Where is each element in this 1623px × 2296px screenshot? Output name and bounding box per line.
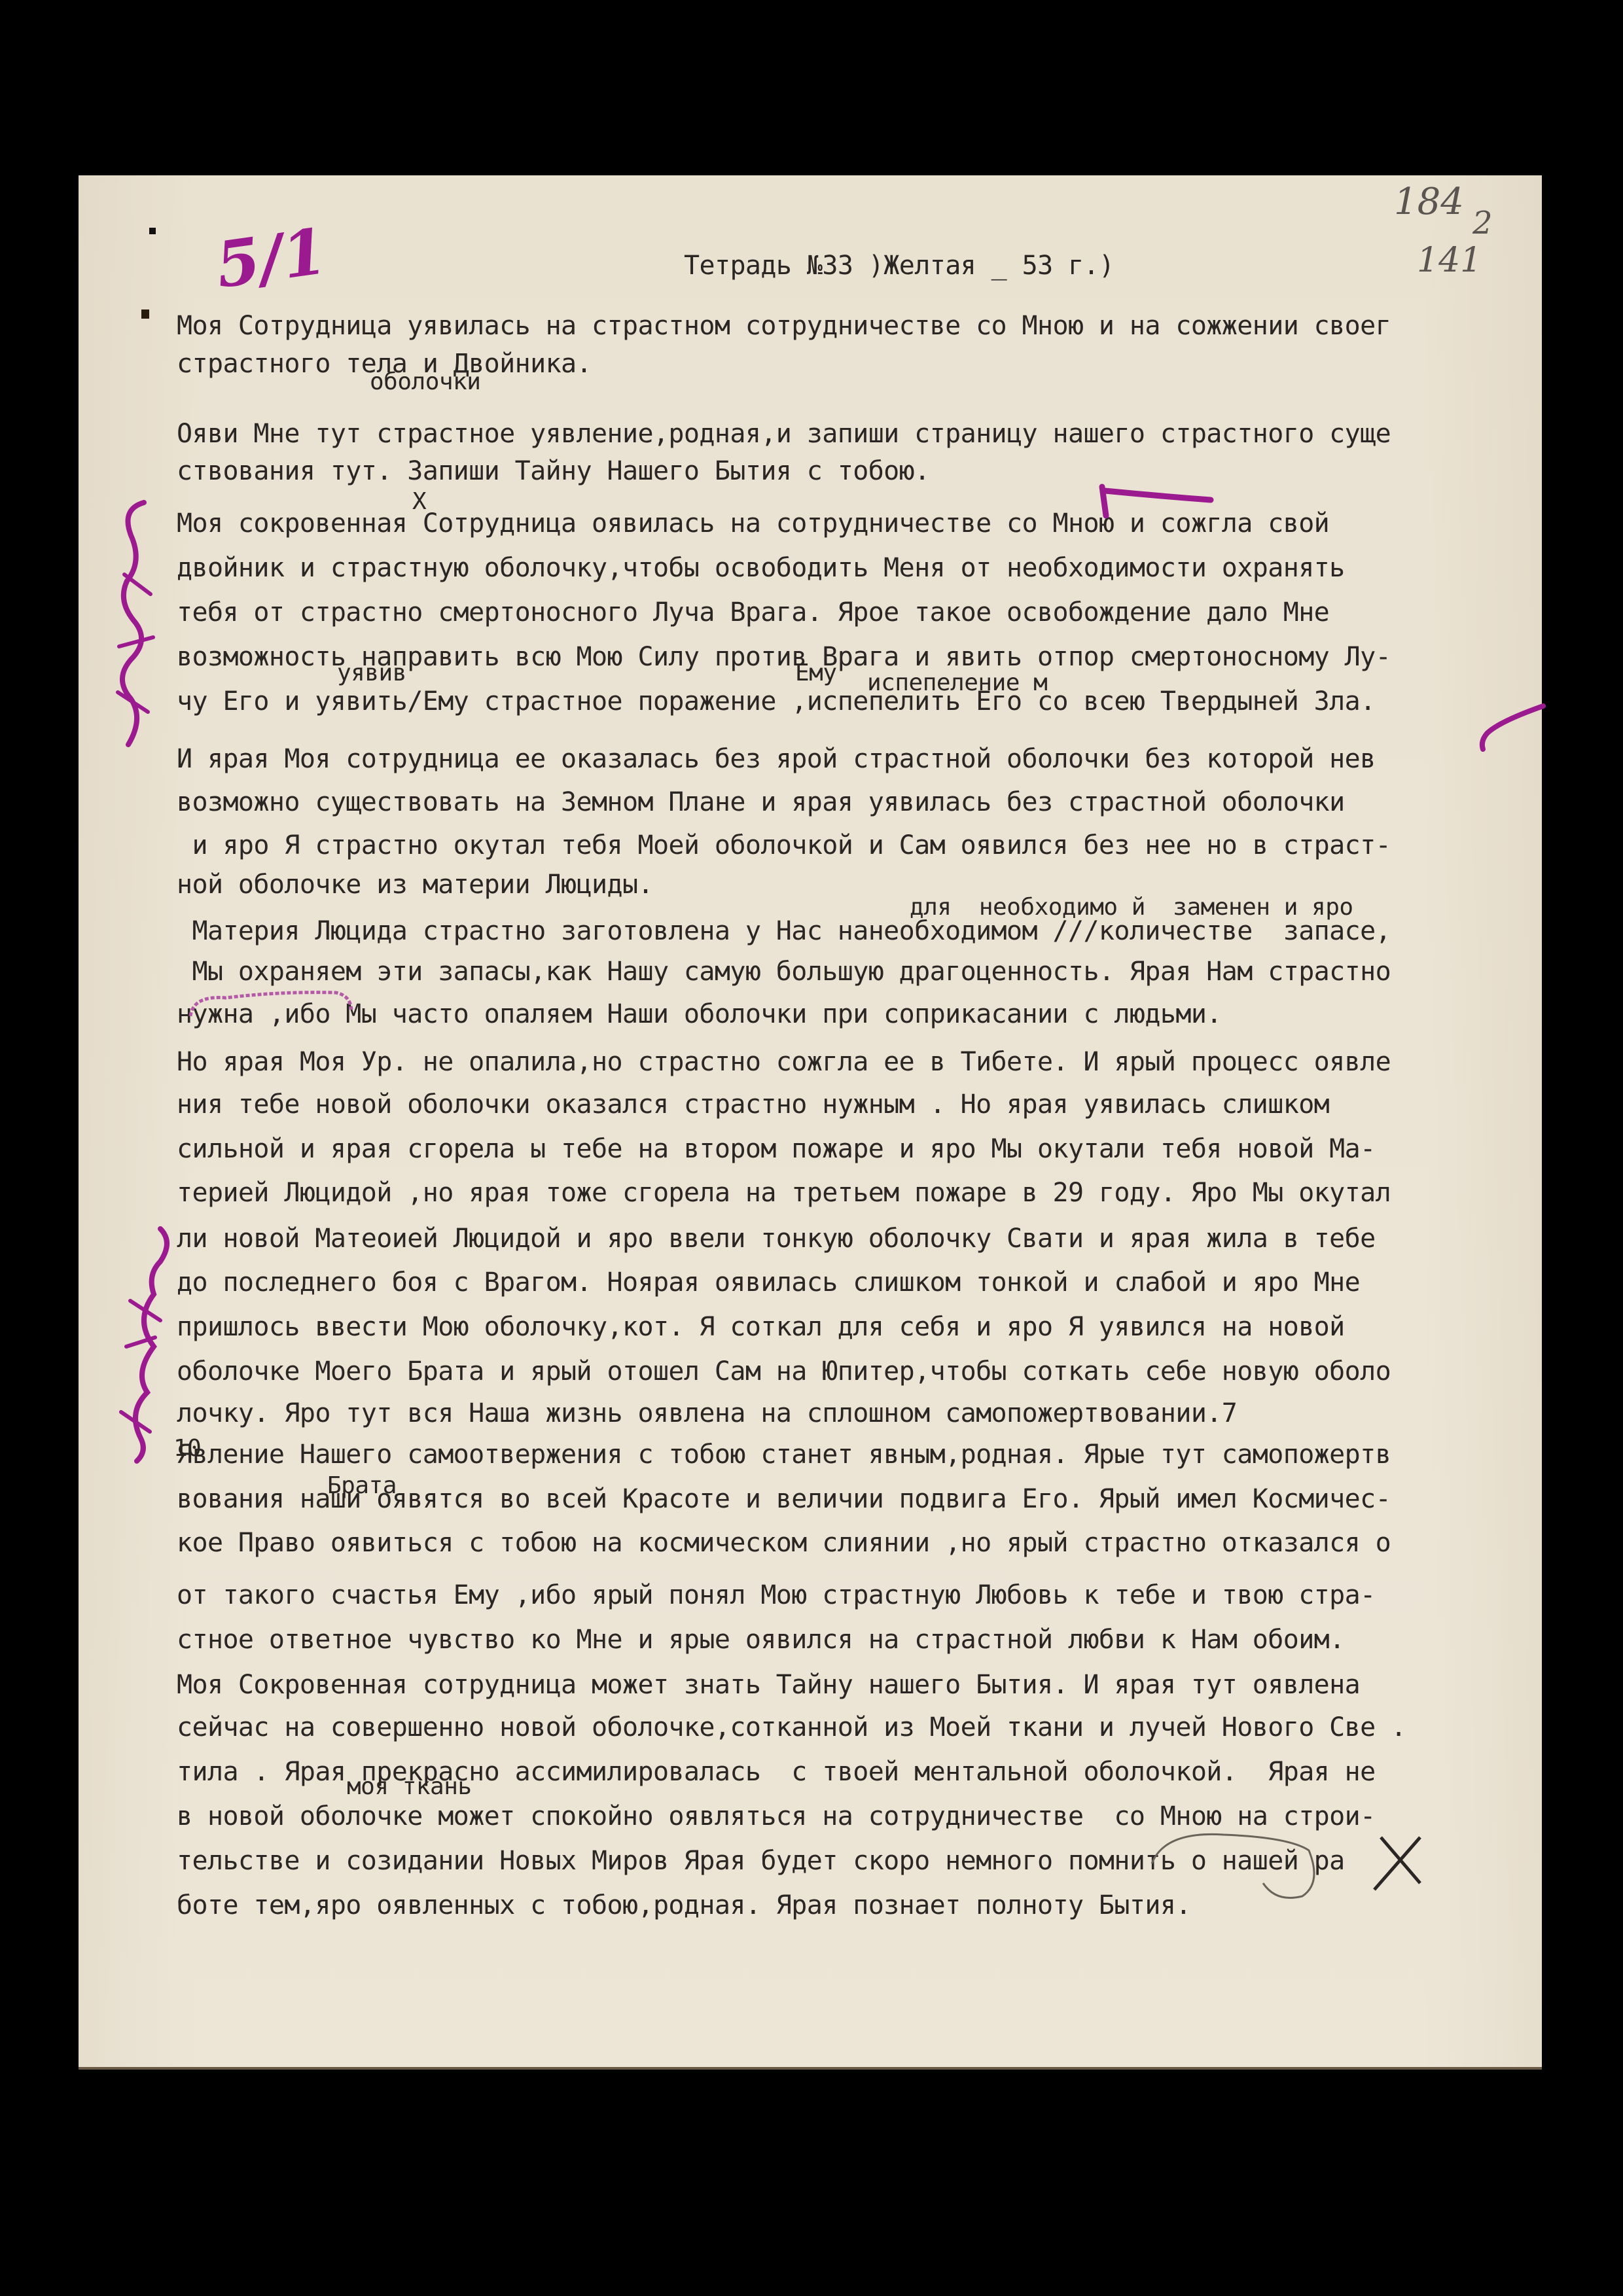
text-line: вования наши оявятся во всей Красоте и в… — [177, 1486, 1391, 1512]
text-line: лочку. Яро тут вся Наша жизнь оявлена на… — [177, 1400, 1237, 1426]
purple-margin-signature-2 — [108, 1216, 180, 1464]
text-line: тебя от страстно смертоносного Луча Враг… — [177, 599, 1329, 626]
text-line: Ояви Мне тут страстное уявление,родная,и… — [177, 421, 1391, 447]
text-line: ствования тут. Запиши Тайну Нашего Бытия… — [177, 458, 930, 484]
text-line: Явление Нашего самоотвержения с тобою ст… — [177, 1441, 1391, 1468]
purple-arc-mark — [187, 983, 370, 1023]
text-line: кое Право оявиться с тобою на космическо… — [177, 1530, 1391, 1556]
text-line: ной оболочке из материи Люциды. — [177, 872, 653, 898]
folio-mark-purple: 5/1 — [211, 214, 331, 302]
punch-mark — [141, 309, 149, 319]
text-line: двойник и страстную оболочку,чтобы освоб… — [177, 555, 1345, 581]
text-line: оболочке Моего Брата и ярый отошел Сам н… — [177, 1358, 1391, 1385]
text-line: Мы охраняем эти запасы,как Нашу самую бо… — [177, 959, 1391, 985]
text-line: сейчас на совершенно новой оболочке,сотк… — [177, 1714, 1406, 1740]
archive-number-141: 141 — [1417, 241, 1482, 280]
text-line: ния тебе новой оболочки оказался страстн… — [177, 1091, 1329, 1118]
text-line: и яро Я страстно окутал тебя Моей оболоч… — [177, 832, 1391, 858]
text-line: терией Люцидой ,но ярая тоже сгорела на … — [177, 1180, 1391, 1206]
text-line: чу Его и уявить/Ему страстное поражение … — [177, 688, 1376, 715]
text-line: пришлось ввести Мою оболочку,кот. Я сотк… — [177, 1314, 1345, 1340]
text-line: ли новой Матеоией Люцидой и яро ввели то… — [177, 1226, 1376, 1252]
text-line: тила . Ярая прекрасно ассимилировалась с… — [177, 1759, 1376, 1785]
text-line: до последнего боя с Врагом. Ноярая оявил… — [177, 1269, 1360, 1296]
purple-underline-mark — [1099, 483, 1217, 522]
purple-checkmark — [1472, 702, 1544, 754]
archive-number-184: 184 — [1394, 181, 1464, 223]
text-line: И ярая Моя сотрудница ее оказалась без я… — [177, 746, 1376, 772]
text-line: Моя Сотрудница уявилась на страстном сот… — [177, 313, 1391, 339]
punch-mark — [149, 228, 156, 234]
notebook-header: Тетрадь №33 )Желтая _ 53 г.) — [684, 253, 1115, 279]
text-line: от такого счастья Ему ,ибо ярый понял Мо… — [177, 1582, 1376, 1608]
text-line: стное ответное чувство ко Мне и ярые ояв… — [177, 1627, 1345, 1653]
text-line: Но ярая Моя Ур. не опалила,но страстно с… — [177, 1049, 1391, 1075]
text-line: возможность направить всю Мою Силу проти… — [177, 644, 1391, 670]
text-line: Моя Сокровенная сотрудница может знать Т… — [177, 1672, 1360, 1698]
pencil-correction-mark — [1145, 1824, 1433, 1903]
purple-margin-signature — [105, 483, 177, 758]
archive-number-2: 2 — [1472, 205, 1493, 241]
text-line: сильной и ярая сгорела ы тебе на втором … — [177, 1136, 1376, 1162]
text-line: боте тем,яро оявленных с тобою,родная. Я… — [177, 1892, 1191, 1918]
text-line: Материя Люцида страстно заготовлена у На… — [177, 918, 1391, 944]
text-line: страстного тела и Двойника. — [177, 351, 592, 377]
text-line: возможно существовать на Земном Плане и … — [177, 789, 1345, 815]
document-page: 5/1 184 2 141 Тетрадь №33 )Желтая _ 53 г… — [79, 175, 1542, 2070]
